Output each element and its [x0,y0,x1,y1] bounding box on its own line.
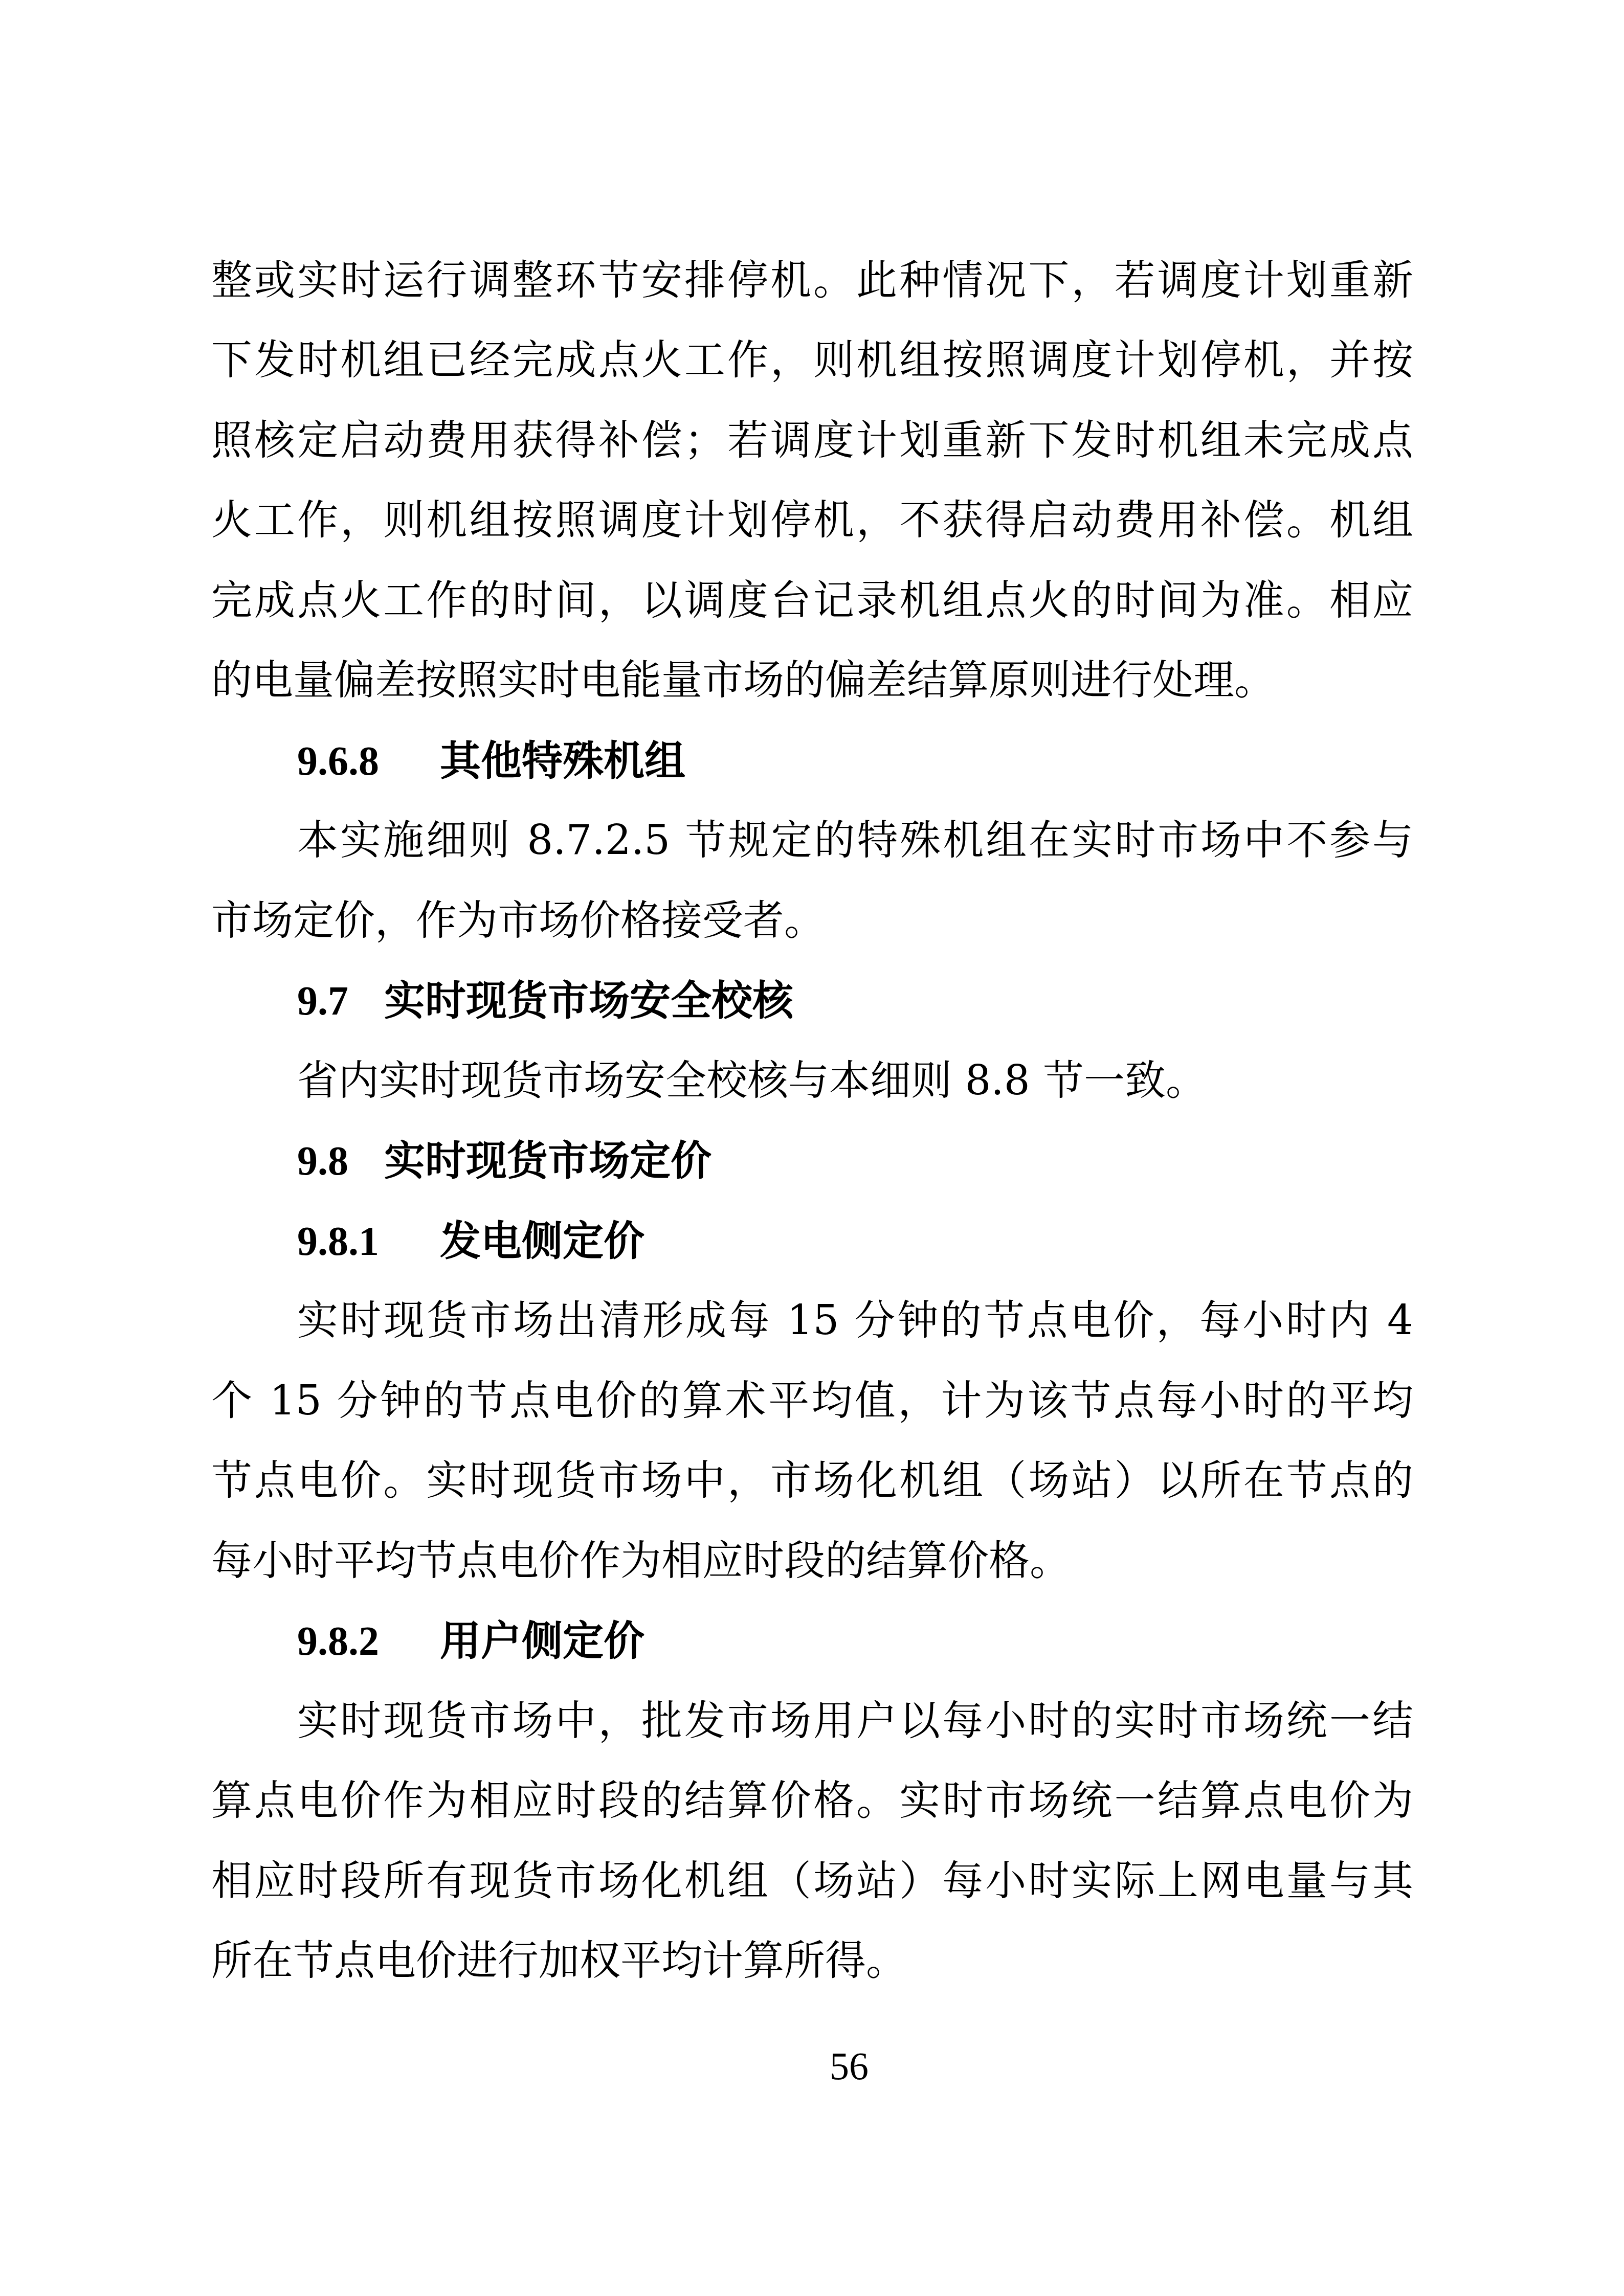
paragraph-line: 实时现货市场中，批发市场用户以每小时的实时市场统一结 [297,1681,1413,1761]
paragraph-line: 省内实时现货市场安全校核与本细则 8.8 节一致。 [297,1041,1413,1120]
paragraph-line: 节点电价。实时现货市场中，市场化机组（场站）以所在节点的 [211,1440,1413,1520]
section-number: 9.6.8 [297,722,440,801]
section-title: 发电侧定价 [440,1217,644,1265]
paragraph-line: 完成点火工作的时间，以调度台记录机组点火的时间为准。相应 [211,560,1413,640]
page-number: 56 [798,2043,900,2089]
paragraph-line: 实时现货市场出清形成每 15 分钟的节点电价，每小时内 4 [297,1280,1413,1360]
section-number: 9.8.1 [297,1202,440,1281]
paragraph-line: 照核定启动费用获得补偿；若调度计划重新下发时机组未完成点 [211,400,1413,480]
paragraph-line: 个 15 分钟的节点电价的算术平均值，计为该节点每小时的平均 [211,1361,1413,1440]
section-number: 9.8.2 [297,1602,440,1681]
section-title: 实时现货市场定价 [384,1136,711,1184]
section-heading-9-8-1: 9.8.1发电侧定价 [297,1201,1413,1280]
section-number: 9.8 [297,1121,384,1201]
document-page: 整或实时运行调整环节安排停机。此种情况下，若调度计划重新 下发时机组已经完成点火… [0,0,1624,2296]
paragraph-line: 市场定价，作为市场价格接受者。 [211,881,1413,960]
section-title: 其他特殊机组 [440,736,685,784]
section-heading-9-6-8: 9.6.8其他特殊机组 [297,721,1413,800]
section-title: 实时现货市场安全校核 [384,976,793,1024]
paragraph-line: 本实施细则 8.7.2.5 节规定的特殊机组在实时市场中不参与 [297,800,1413,880]
paragraph-line: 所在节点电价进行加权平均计算所得。 [211,1921,1413,2000]
section-heading-9-7: 9.7实时现货市场安全校核 [297,960,1413,1040]
section-title: 用户侧定价 [440,1616,644,1664]
paragraph-line: 整或实时运行调整环节安排停机。此种情况下，若调度计划重新 [211,240,1413,320]
paragraph-line: 相应时段所有现货市场化机组（场站）每小时实际上网电量与其 [211,1841,1413,1921]
paragraph-line: 下发时机组已经完成点火工作，则机组按照调度计划停机，并按 [211,320,1413,400]
section-heading-9-8-2: 9.8.2用户侧定价 [297,1601,1413,1680]
paragraph-line: 火工作，则机组按照调度计划停机，不获得启动费用补偿。机组 [211,480,1413,560]
paragraph-line: 算点电价作为相应时段的结算价格。实时市场统一结算点电价为 [211,1761,1413,1840]
paragraph-line: 每小时平均节点电价作为相应时段的结算价格。 [211,1521,1413,1601]
section-heading-9-8: 9.8实时现货市场定价 [297,1120,1413,1200]
paragraph-line: 的电量偏差按照实时电能量市场的偏差结算原则进行处理。 [211,640,1413,720]
section-number: 9.7 [297,961,384,1041]
